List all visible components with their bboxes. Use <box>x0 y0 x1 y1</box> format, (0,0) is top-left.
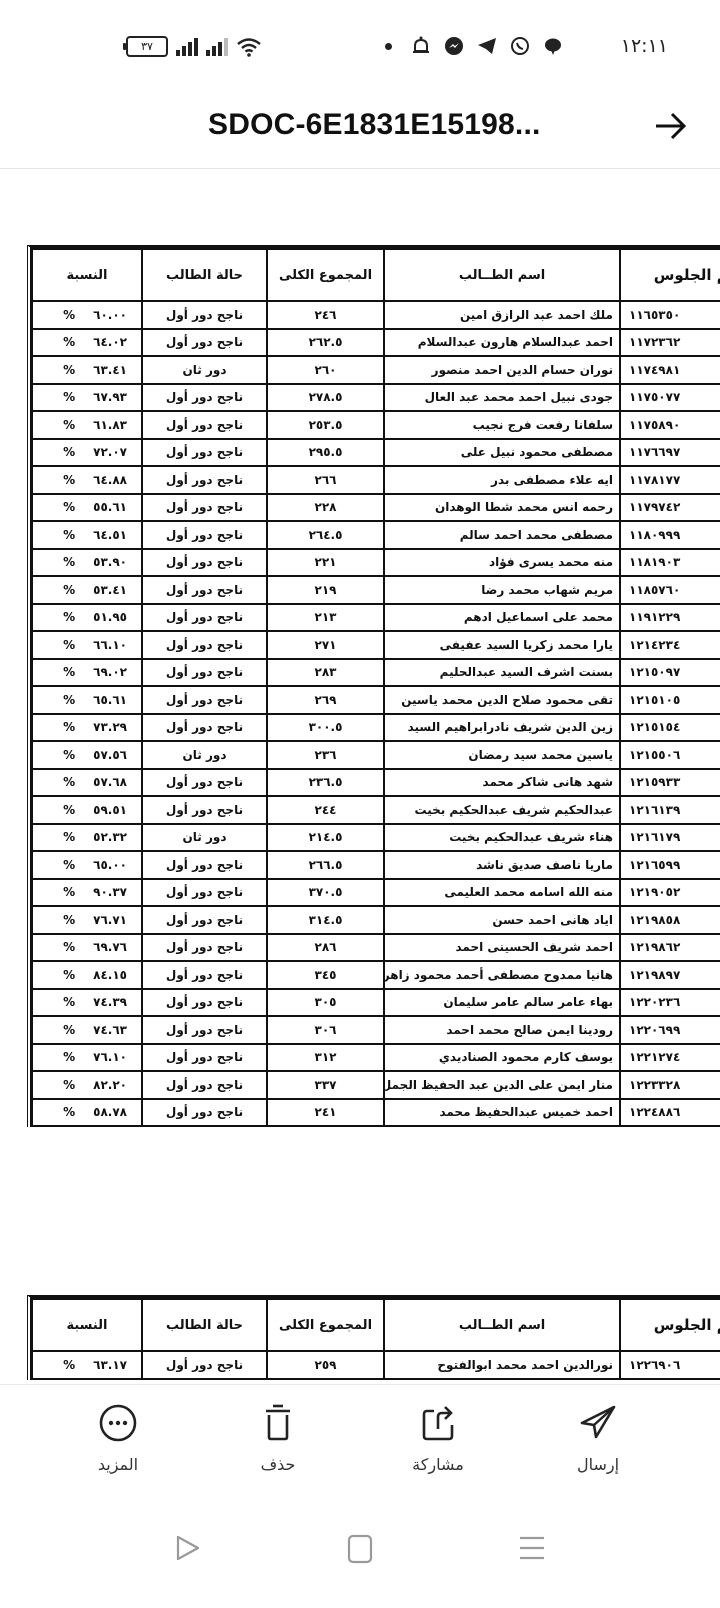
table-row: %٥٩.٥١ناجح دور أول٢٤٤عبدالحكيم شريف عبدا… <box>32 796 720 824</box>
total-cell: ٢٣٦ <box>267 741 384 769</box>
percent-sign: % <box>63 583 75 597</box>
total-cell: ٢٦٦ <box>267 466 384 494</box>
percent-cell: %٧٣.٢٩ <box>32 714 142 742</box>
seat-number-cell: ١٢١٦٥٩٩ <box>620 851 720 879</box>
percent-value: ٦٩.٠٢ <box>93 665 127 679</box>
table-header-row: النسبة حالة الطالب المجموع الكلى اسم الط… <box>32 1299 720 1351</box>
percent-sign: % <box>63 720 75 734</box>
percent-value: ٦٠.٠٠ <box>93 308 127 322</box>
seat-number-cell: ١٢٢١٢٧٤ <box>620 1044 720 1072</box>
percent-value: ٩٠.٣٧ <box>93 885 127 899</box>
total-cell: ٢٤٦ <box>267 301 384 329</box>
battery-icon: ٣٧ <box>126 36 168 57</box>
percent-value: ٧٢.٠٧ <box>93 445 127 459</box>
name-cell: مصطفى محمد احمد سالم <box>384 521 620 549</box>
table-body: %٦٠.٠٠ناجح دور أول٢٤٦ملك احمد عبد الرازق… <box>32 301 720 1126</box>
signal-icon-1 <box>176 38 198 56</box>
table-row: %٦٤.٠٢ناجح دور أول٢٦٢.٥احمد عبدالسلام ها… <box>32 329 720 357</box>
total-cell: ٢١٣ <box>267 604 384 632</box>
name-cell: هناء شريف عبدالحكيم بخيت <box>384 824 620 852</box>
seat-number-cell: ١٢٢٣٣٢٨ <box>620 1071 720 1099</box>
percent-sign: % <box>63 528 75 542</box>
total-cell: ٢٤٤ <box>267 796 384 824</box>
status-cell: ناجح دور أول <box>142 521 267 549</box>
percent-value: ٦٤.٨٨ <box>93 473 127 487</box>
table-row: %٧٣.٢٩ناجح دور أول٣٠٠.٥زين الدين شريف نا… <box>32 714 720 742</box>
seat-number-cell: ١١٩١٢٢٩ <box>620 604 720 632</box>
percent-cell: %٧٤.٣٩ <box>32 989 142 1017</box>
total-cell: ٢٧١ <box>267 631 384 659</box>
seat-number-cell: ١١٧٨١٧٧ <box>620 466 720 494</box>
seat-number-cell: ١٢٢٦٩٠٦ <box>620 1351 720 1379</box>
percent-value: ٥٨.٧٨ <box>93 1105 127 1119</box>
percent-cell: %٦٧.٩٣ <box>32 384 142 412</box>
name-cell: نوران حسام الدين احمد منصور <box>384 356 620 384</box>
header-percent: النسبة <box>32 249 142 301</box>
seat-number-cell: ١٢١٩٨٩٧ <box>620 961 720 989</box>
name-cell: مريم شهاب محمد رضا <box>384 576 620 604</box>
percent-cell: %٦٤.٠٢ <box>32 329 142 357</box>
percent-value: ٥٧.٥٦ <box>93 748 127 762</box>
seat-number-cell: ١١٧٥٨٩٠ <box>620 411 720 439</box>
name-cell: ملك احمد عبد الرازق امين <box>384 301 620 329</box>
status-cell: دور ثان <box>142 356 267 384</box>
percent-cell: %٦٥.٦١ <box>32 686 142 714</box>
percent-cell: %٥٣.٩٠ <box>32 549 142 577</box>
header-seat: رقم الجلوس <box>620 1299 720 1351</box>
status-cell: ناجح دور أول <box>142 384 267 412</box>
seat-number-cell: ١١٧٤٩٨١ <box>620 356 720 384</box>
more-icon <box>98 1403 138 1443</box>
percent-sign: % <box>63 1105 75 1119</box>
seat-number-cell: ١١٨٠٩٩٩ <box>620 521 720 549</box>
status-cell: ناجح دور أول <box>142 796 267 824</box>
percent-value: ٦٩.٧٦ <box>93 940 127 954</box>
percent-sign: % <box>63 335 75 349</box>
name-cell: احمد شريف الحسينى احمد <box>384 934 620 962</box>
percent-cell: %٨٢.٢٠ <box>32 1071 142 1099</box>
status-bar: ٣٧ ١٢:١١ <box>0 0 720 90</box>
results-table-page-1: النسبة حالة الطالب المجموع الكلى اسم الط… <box>27 245 720 1127</box>
table-row: %٥٥.٦١ناجح دور أول٢٢٨رحمه انس محمد شطا ا… <box>32 494 720 522</box>
send-label: إرسال <box>548 1455 648 1474</box>
seat-number-cell: ١٢١٦١٧٩ <box>620 824 720 852</box>
table-row: %٩٠.٣٧ناجح دور أول٣٧٠.٥منه الله اسامه مح… <box>32 879 720 907</box>
back-triangle-icon <box>168 1528 208 1568</box>
send-button[interactable]: إرسال <box>548 1403 648 1474</box>
percent-sign: % <box>63 418 75 432</box>
seat-number-cell: ١٢٢٠٦٩٩ <box>620 1016 720 1044</box>
percent-sign: % <box>63 665 75 679</box>
wifi-icon <box>236 37 262 57</box>
header-name: اسم الطــالب <box>384 249 620 301</box>
table-row: %٧٦.١٠ناجح دور أول٣١٢يوسف كارم محمود الص… <box>32 1044 720 1072</box>
document-viewer[interactable]: النسبة حالة الطالب المجموع الكلى اسم الط… <box>0 169 720 1384</box>
percent-cell: %٦٠.٠٠ <box>32 301 142 329</box>
table-row: %٥٣.٤١ناجح دور أول٢١٩مريم شهاب محمد رضا١… <box>32 576 720 604</box>
status-left-group: ٣٧ <box>126 36 262 57</box>
percent-value: ٥٩.٥١ <box>93 803 127 817</box>
system-navigation-bar <box>0 1500 720 1608</box>
name-cell: عبدالحكيم شريف عبدالحكيم بخيت <box>384 796 620 824</box>
name-cell: احمد عبدالسلام هارون عبدالسلام <box>384 329 620 357</box>
percent-cell: %٥٨.٧٨ <box>32 1099 142 1127</box>
total-cell: ٢٩٥.٥ <box>267 439 384 467</box>
status-cell: ناجح دور أول <box>142 329 267 357</box>
arrow-right-icon <box>650 106 690 146</box>
table-row: %٦٠.٠٠ناجح دور أول٢٤٦ملك احمد عبد الرازق… <box>32 301 720 329</box>
percent-value: ٦٣.١٧ <box>93 1358 127 1372</box>
seat-number-cell: ١٢١٥١٠٥ <box>620 686 720 714</box>
status-cell: ناجح دور أول <box>142 879 267 907</box>
total-cell: ٢٦٤.٥ <box>267 521 384 549</box>
results-table: النسبة حالة الطالب المجموع الكلى اسم الط… <box>31 1298 720 1380</box>
table-row: %٦٧.٩٣ناجح دور أول٢٧٨.٥جودى نبيل احمد مح… <box>32 384 720 412</box>
percent-sign: % <box>63 555 75 569</box>
status-cell: ناجح دور أول <box>142 549 267 577</box>
status-cell: ناجح دور أول <box>142 631 267 659</box>
header-total: المجموع الكلى <box>267 1299 384 1351</box>
name-cell: اياد هانى احمد حسن <box>384 906 620 934</box>
percent-cell: %٦٤.٥١ <box>32 521 142 549</box>
name-cell: زين الدين شريف نادرابراهيم السيد <box>384 714 620 742</box>
percent-value: ٦٤.٥١ <box>93 528 127 542</box>
percent-sign: % <box>63 830 75 844</box>
percent-sign: % <box>63 500 75 514</box>
table-row: %٦٩.٠٢ناجح دور أول٢٨٣بسنت اشرف السيد عبد… <box>32 659 720 687</box>
total-cell: ٣٠٥ <box>267 989 384 1017</box>
table-header-row: النسبة حالة الطالب المجموع الكلى اسم الط… <box>32 249 720 301</box>
seat-number-cell: ١١٦٥٣٥٠ <box>620 301 720 329</box>
status-cell: ناجح دور أول <box>142 1071 267 1099</box>
document-title: SDOC-6E1831E15198... <box>208 108 541 142</box>
table-row: %٧٤.٦٣ناجح دور أول٣٠٦رودينا ايمن صالح مح… <box>32 1016 720 1044</box>
name-cell: بهاء عامر سالم عامر سليمان <box>384 989 620 1017</box>
dot-icon <box>385 43 392 50</box>
back-button[interactable] <box>650 106 690 146</box>
table-row: %٥٧.٦٨ناجح دور أول٢٣٦.٥شهد هانى شاكر محم… <box>32 769 720 797</box>
percent-cell: %٥٥.٦١ <box>32 494 142 522</box>
percent-sign: % <box>63 1358 75 1372</box>
percent-value: ٦١.٨٣ <box>93 418 127 432</box>
table-row: %٦٦.١٠ناجح دور أول٢٧١يارا محمد زكريا الس… <box>32 631 720 659</box>
name-cell: نورالدين احمد محمد ابوالفتوح <box>384 1351 620 1379</box>
name-cell: ماريا ناصف صديق ناشد <box>384 851 620 879</box>
recents-menu-icon <box>512 1528 552 1568</box>
total-cell: ٢٦٠ <box>267 356 384 384</box>
delete-button[interactable]: حذف <box>228 1403 328 1474</box>
delete-label: حذف <box>228 1455 328 1474</box>
percent-cell: %٥٢.٣٢ <box>32 824 142 852</box>
percent-value: ٥١.٩٥ <box>93 610 127 624</box>
percent-cell: %٥٩.٥١ <box>32 796 142 824</box>
total-cell: ٢٢٨ <box>267 494 384 522</box>
table-row: %٦٥.٦١ناجح دور أول٢٦٩تقى محمود صلاح الدي… <box>32 686 720 714</box>
name-cell: يوسف كارم محمود الصناديدي <box>384 1044 620 1072</box>
percent-value: ٦٥.٦١ <box>93 693 127 707</box>
status-cell: ناجح دور أول <box>142 576 267 604</box>
status-cell: دور ثان <box>142 741 267 769</box>
total-cell: ٣٤٥ <box>267 961 384 989</box>
percent-cell: %٦٣.١٧ <box>32 1351 142 1379</box>
percent-value: ٦٥.٠٠ <box>93 858 127 872</box>
status-cell: ناجح دور أول <box>142 604 267 632</box>
seat-number-cell: ١٢٢٤٨٨٦ <box>620 1099 720 1127</box>
status-cell: ناجح دور أول <box>142 989 267 1017</box>
name-cell: منه محمد يسرى فؤاد <box>384 549 620 577</box>
name-cell: مصطفى محمود نبيل على <box>384 439 620 467</box>
percent-sign: % <box>63 1023 75 1037</box>
seat-number-cell: ١٢١٥١٥٤ <box>620 714 720 742</box>
table-row: %٧٢.٠٧ناجح دور أول٢٩٥.٥مصطفى محمود نبيل … <box>32 439 720 467</box>
status-cell: ناجح دور أول <box>142 466 267 494</box>
total-cell: ٢٢١ <box>267 549 384 577</box>
percent-sign: % <box>63 775 75 789</box>
seat-number-cell: ١٢١٥٩٣٣ <box>620 769 720 797</box>
total-cell: ٢٦٩ <box>267 686 384 714</box>
status-cell: ناجح دور أول <box>142 1016 267 1044</box>
name-cell: هانيا ممدوح مصطفى أحمد محمود زاهر <box>384 961 620 989</box>
status-cell: ناجح دور أول <box>142 411 267 439</box>
seat-number-cell: ١٢١٩٨٥٨ <box>620 906 720 934</box>
total-cell: ٢١٤.٥ <box>267 824 384 852</box>
table-body: %٦٣.١٧ناجح دور أول٢٥٩نورالدين احمد محمد … <box>32 1351 720 1379</box>
name-cell: احمد خميس عبدالحفيظ محمد <box>384 1099 620 1127</box>
share-icon <box>418 1403 458 1443</box>
percent-cell: %٥٧.٥٦ <box>32 741 142 769</box>
name-cell: يارا محمد زكريا السيد عفيفى <box>384 631 620 659</box>
percent-cell: %٦٤.٨٨ <box>32 466 142 494</box>
status-cell: ناجح دور أول <box>142 301 267 329</box>
total-cell: ٢١٩ <box>267 576 384 604</box>
seat-number-cell: ١٢١٤٢٣٤ <box>620 631 720 659</box>
percent-sign: % <box>63 968 75 982</box>
total-cell: ٣٠٠.٥ <box>267 714 384 742</box>
seat-number-cell: ١٢١٩٠٥٢ <box>620 879 720 907</box>
messenger-icon <box>444 36 464 56</box>
name-cell: رحمه انس محمد شطا الوهدان <box>384 494 620 522</box>
header-percent: النسبة <box>32 1299 142 1351</box>
percent-cell: %٧٦.٧١ <box>32 906 142 934</box>
status-cell: ناجح دور أول <box>142 769 267 797</box>
percent-sign: % <box>63 693 75 707</box>
percent-value: ٨٤.١٥ <box>93 968 127 982</box>
percent-sign: % <box>63 390 75 404</box>
percent-sign: % <box>63 638 75 652</box>
status-cell: ناجح دور أول <box>142 686 267 714</box>
results-table: النسبة حالة الطالب المجموع الكلى اسم الط… <box>31 248 720 1127</box>
seat-number-cell: ١٢١٥٠٩٧ <box>620 659 720 687</box>
percent-value: ٦٦.١٠ <box>93 638 127 652</box>
percent-sign: % <box>63 995 75 1009</box>
header-name: اسم الطــالب <box>384 1299 620 1351</box>
name-cell: ياسين محمد سيد رمضان <box>384 741 620 769</box>
percent-cell: %٦٦.١٠ <box>32 631 142 659</box>
status-cell: ناجح دور أول <box>142 906 267 934</box>
percent-sign: % <box>63 445 75 459</box>
percent-sign: % <box>63 803 75 817</box>
share-button[interactable]: مشاركة <box>388 1403 488 1474</box>
name-cell: ايه علاء مصطفى بدر <box>384 466 620 494</box>
name-cell: جودى نبيل احمد محمد عبد العال <box>384 384 620 412</box>
table-row: %٨٢.٢٠ناجح دور أول٣٣٧منار ايمن على الدين… <box>32 1071 720 1099</box>
more-button[interactable]: المزيد <box>68 1403 168 1474</box>
header-total: المجموع الكلى <box>267 249 384 301</box>
table-row: %٥٧.٥٦دور ثان٢٣٦ياسين محمد سيد رمضان١٢١٥… <box>32 741 720 769</box>
percent-value: ٦٧.٩٣ <box>93 390 127 404</box>
percent-cell: %٦٥.٠٠ <box>32 851 142 879</box>
percent-cell: %٧٤.٦٣ <box>32 1016 142 1044</box>
percent-value: ٥٣.٩٠ <box>93 555 127 569</box>
name-cell: رودينا ايمن صالح محمد احمد <box>384 1016 620 1044</box>
seat-number-cell: ١١٨٥٧٦٠ <box>620 576 720 604</box>
percent-cell: %٦٩.٧٦ <box>32 934 142 962</box>
header-seat: رقم الجلوس <box>620 249 720 301</box>
total-cell: ٢٥٣.٥ <box>267 411 384 439</box>
share-label: مشاركة <box>388 1455 488 1474</box>
status-cell: ناجح دور أول <box>142 851 267 879</box>
percent-value: ٦٣.٤١ <box>93 363 127 377</box>
total-cell: ٣٧٠.٥ <box>267 879 384 907</box>
percent-value: ٧٤.٣٩ <box>93 995 127 1009</box>
total-cell: ٣١٢ <box>267 1044 384 1072</box>
percent-sign: % <box>63 1078 75 1092</box>
percent-cell: %٥١.٩٥ <box>32 604 142 632</box>
chat-bubble-icon <box>543 36 563 56</box>
seat-number-cell: ١٢١٩٨٦٢ <box>620 934 720 962</box>
percent-value: ٥٣.٤١ <box>93 583 127 597</box>
alarm-icon <box>411 35 431 57</box>
status-cell: ناجح دور أول <box>142 439 267 467</box>
table-row: %٧٦.٧١ناجح دور أول٣١٤.٥اياد هانى احمد حس… <box>32 906 720 934</box>
name-cell: منار ايمن على الدين عبد الحفيظ الجمل <box>384 1071 620 1099</box>
more-label: المزيد <box>68 1455 168 1474</box>
notification-icons <box>385 35 563 57</box>
name-cell: منه الله اسامه محمد العليمى <box>384 879 620 907</box>
percent-sign: % <box>63 308 75 322</box>
table-row: %٦٣.٤١دور ثان٢٦٠نوران حسام الدين احمد من… <box>32 356 720 384</box>
total-cell: ٢٥٩ <box>267 1351 384 1379</box>
percent-value: ٨٢.٢٠ <box>93 1078 127 1092</box>
nav-back-button[interactable] <box>168 1528 208 1568</box>
signal-icon-2 <box>206 38 228 56</box>
percent-sign: % <box>63 913 75 927</box>
total-cell: ٣٣٧ <box>267 1071 384 1099</box>
table-row: %٥١.٩٥ناجح دور أول٢١٣محمد على اسماعيل اد… <box>32 604 720 632</box>
whatsapp-icon <box>510 36 530 56</box>
percent-cell: %٥٣.٤١ <box>32 576 142 604</box>
table-row: %٦٤.٥١ناجح دور أول٢٦٤.٥مصطفى محمد احمد س… <box>32 521 720 549</box>
percent-value: ٦٤.٠٢ <box>93 335 127 349</box>
percent-cell: %٦١.٨٣ <box>32 411 142 439</box>
table-row: %٨٤.١٥ناجح دور أول٣٤٥هانيا ممدوح مصطفى أ… <box>32 961 720 989</box>
table-row: %٥٢.٣٢دور ثان٢١٤.٥هناء شريف عبدالحكيم بخ… <box>32 824 720 852</box>
table-row: %٥٣.٩٠ناجح دور أول٢٢١منه محمد يسرى فؤاد١… <box>32 549 720 577</box>
percent-cell: %٦٣.٤١ <box>32 356 142 384</box>
clock: ١٢:١١ <box>621 35 668 57</box>
name-cell: محمد على اسماعيل ادهم <box>384 604 620 632</box>
status-cell: ناجح دور أول <box>142 1099 267 1127</box>
percent-sign: % <box>63 940 75 954</box>
table-row: %٥٨.٧٨ناجح دور أول٢٤١احمد خميس عبدالحفيظ… <box>32 1099 720 1127</box>
seat-number-cell: ١١٧٢٣٦٢ <box>620 329 720 357</box>
seat-number-cell: ١٢٢٠٢٣٦ <box>620 989 720 1017</box>
name-cell: شهد هانى شاكر محمد <box>384 769 620 797</box>
percent-value: ٧٤.٦٣ <box>93 1023 127 1037</box>
trash-icon <box>258 1403 298 1443</box>
percent-value: ٧٦.١٠ <box>93 1050 127 1064</box>
status-cell: ناجح دور أول <box>142 714 267 742</box>
percent-value: ٥٢.٣٢ <box>93 830 127 844</box>
total-cell: ٢٦٢.٥ <box>267 329 384 357</box>
seat-number-cell: ١١٧٦٦٩٧ <box>620 439 720 467</box>
telegram-icon <box>477 36 497 56</box>
percent-cell: %٥٧.٦٨ <box>32 769 142 797</box>
status-cell: ناجح دور أول <box>142 934 267 962</box>
percent-cell: %٨٤.١٥ <box>32 961 142 989</box>
nav-recents-button[interactable] <box>512 1528 552 1568</box>
table-row: %٧٤.٣٩ناجح دور أول٣٠٥بهاء عامر سالم عامر… <box>32 989 720 1017</box>
percent-value: ٥٧.٦٨ <box>93 775 127 789</box>
name-cell: سلفانا رفعت فرج نجيب <box>384 411 620 439</box>
percent-cell: %٧٢.٠٧ <box>32 439 142 467</box>
table-row: %٦٥.٠٠ناجح دور أول٢٦٦.٥ماريا ناصف صديق ن… <box>32 851 720 879</box>
bottom-action-bar: المزيد حذف مشاركة إرسال <box>0 1384 720 1501</box>
percent-value: ٧٣.٢٩ <box>93 720 127 734</box>
total-cell: ٢٧٨.٥ <box>267 384 384 412</box>
home-square-icon <box>340 1528 380 1568</box>
percent-sign: % <box>63 885 75 899</box>
percent-sign: % <box>63 858 75 872</box>
table-row: %٦٣.١٧ناجح دور أول٢٥٩نورالدين احمد محمد … <box>32 1351 720 1379</box>
header-status: حالة الطالب <box>142 1299 267 1351</box>
percent-sign: % <box>63 473 75 487</box>
percent-sign: % <box>63 610 75 624</box>
percent-sign: % <box>63 1050 75 1064</box>
app-header: SDOC-6E1831E15198... <box>0 90 720 169</box>
table-row: %٦٩.٧٦ناجح دور أول٢٨٦احمد شريف الحسينى ا… <box>32 934 720 962</box>
percent-cell: %٧٦.١٠ <box>32 1044 142 1072</box>
status-cell: ناجح دور أول <box>142 659 267 687</box>
table-row: %٦١.٨٣ناجح دور أول٢٥٣.٥سلفانا رفعت فرج ن… <box>32 411 720 439</box>
status-cell: ناجح دور أول <box>142 1044 267 1072</box>
percent-sign: % <box>63 363 75 377</box>
percent-value: ٧٦.٧١ <box>93 913 127 927</box>
total-cell: ٢٨٦ <box>267 934 384 962</box>
seat-number-cell: ١١٧٥٠٧٧ <box>620 384 720 412</box>
total-cell: ٣١٤.٥ <box>267 906 384 934</box>
total-cell: ٣٠٦ <box>267 1016 384 1044</box>
name-cell: تقى محمود صلاح الدين محمد ياسين <box>384 686 620 714</box>
percent-sign: % <box>63 748 75 762</box>
status-cell: دور ثان <box>142 824 267 852</box>
results-table-page-2: النسبة حالة الطالب المجموع الكلى اسم الط… <box>27 1295 720 1380</box>
status-cell: ناجح دور أول <box>142 494 267 522</box>
table-row: %٦٤.٨٨ناجح دور أول٢٦٦ايه علاء مصطفى بدر١… <box>32 466 720 494</box>
battery-level: ٣٧ <box>141 40 153 53</box>
total-cell: ٢٤١ <box>267 1099 384 1127</box>
percent-cell: %٦٩.٠٢ <box>32 659 142 687</box>
total-cell: ٢٦٦.٥ <box>267 851 384 879</box>
percent-cell: %٩٠.٣٧ <box>32 879 142 907</box>
nav-home-button[interactable] <box>340 1528 380 1568</box>
header-status: حالة الطالب <box>142 249 267 301</box>
seat-number-cell: ١١٧٩٧٤٢ <box>620 494 720 522</box>
percent-value: ٥٥.٦١ <box>93 500 127 514</box>
seat-number-cell: ١٢١٦١٣٩ <box>620 796 720 824</box>
seat-number-cell: ١٢١٥٥٠٦ <box>620 741 720 769</box>
name-cell: بسنت اشرف السيد عبدالحليم <box>384 659 620 687</box>
